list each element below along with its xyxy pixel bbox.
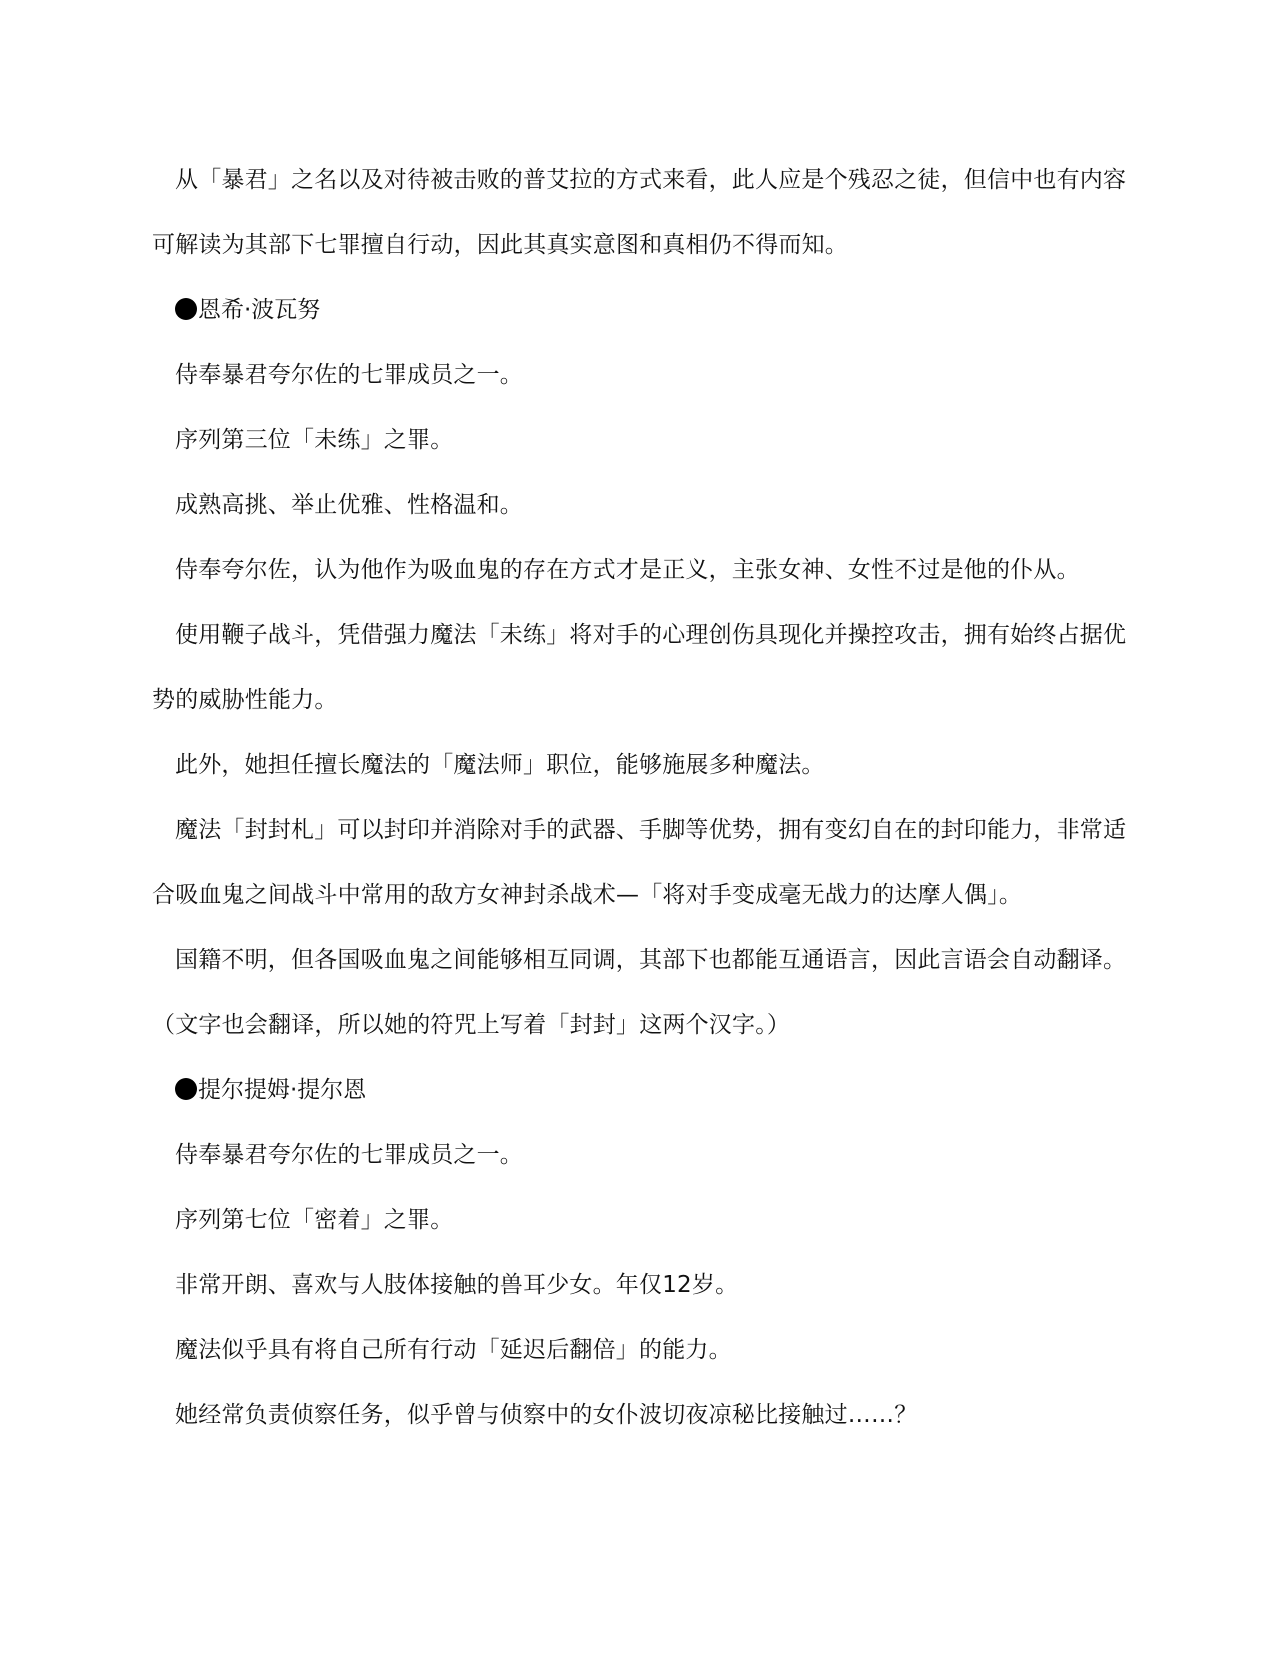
paragraph: 使用鞭子战斗，凭借强力魔法「未练」将对手的心理创伤具现化并操控攻击，拥有始终占据… [152,603,1142,733]
paragraph: 国籍不明，但各国吸血鬼之间能够相互同调，其部下也都能互通语言，因此言语会自动翻译… [152,928,1142,1058]
document-body: 从「暴君」之名以及对待被击败的普艾拉的方式来看，此人应是个残忍之徒，但信中也有内… [152,148,1142,1448]
paragraph: 魔法似乎具有将自己所有行动「延迟后翻倍」的能力。 [152,1318,1142,1383]
paragraph-intro: 从「暴君」之名以及对待被击败的普艾拉的方式来看，此人应是个残忍之徒，但信中也有内… [152,148,1142,278]
character-heading-2: 提尔提姆·提尔恩 [152,1058,1142,1123]
paragraph: 此外，她担任擅长魔法的「魔法师」职位，能够施展多种魔法。 [152,733,1142,798]
bullet-icon [175,298,197,320]
paragraph: 序列第七位「密着」之罪。 [152,1188,1142,1253]
paragraph: 魔法「封封札」可以封印并消除对手的武器、手脚等优势，拥有变幻自在的封印能力，非常… [152,798,1142,928]
character-heading-1: 恩希·波瓦努 [152,278,1142,343]
paragraph: 成熟高挑、举止优雅、性格温和。 [152,473,1142,538]
heading-text: 恩希·波瓦努 [198,297,320,323]
paragraph: 她经常负责侦察任务，似乎曾与侦察中的女仆波切夜凉秘比接触过……？ [152,1383,1142,1448]
document-page: 从「暴君」之名以及对待被击败的普艾拉的方式来看，此人应是个残忍之徒，但信中也有内… [0,0,1280,1656]
paragraph: 侍奉夸尔佐，认为他作为吸血鬼的存在方式才是正义，主张女神、女性不过是他的仆从。 [152,538,1142,603]
paragraph: 非常开朗、喜欢与人肢体接触的兽耳少女。年仅12岁。 [152,1253,1142,1318]
bullet-icon [175,1078,197,1100]
paragraph: 序列第三位「未练」之罪。 [152,408,1142,473]
heading-text: 提尔提姆·提尔恩 [198,1077,366,1103]
paragraph: 侍奉暴君夸尔佐的七罪成员之一。 [152,343,1142,408]
paragraph: 侍奉暴君夸尔佐的七罪成员之一。 [152,1123,1142,1188]
